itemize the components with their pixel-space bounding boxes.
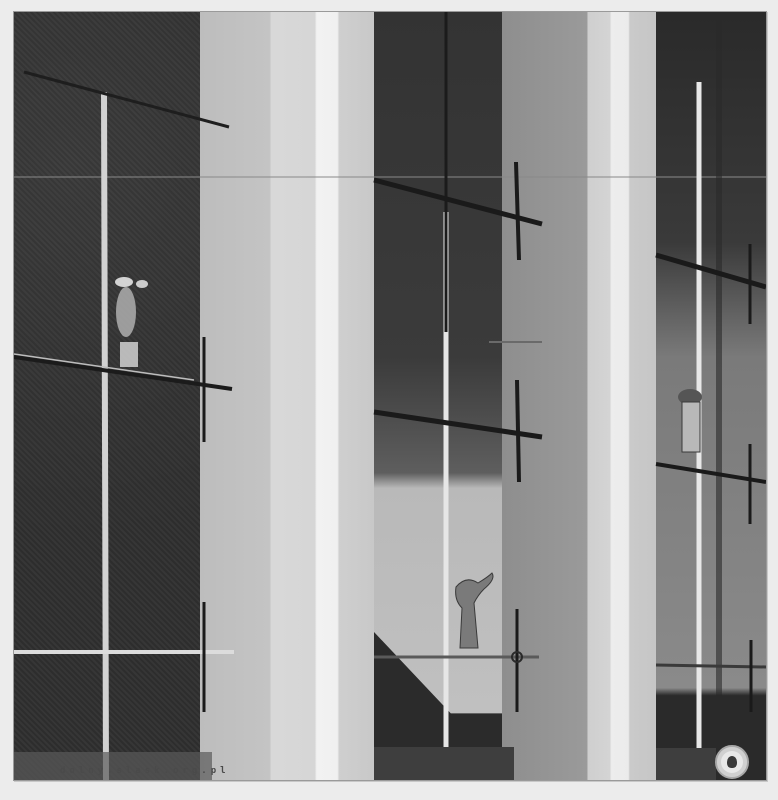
round-emblem-icon bbox=[715, 745, 749, 779]
right-figurine bbox=[678, 389, 702, 452]
center-figurine bbox=[456, 573, 493, 648]
photograph: dolny.slask.org.pl bbox=[13, 11, 767, 781]
iron-grille bbox=[14, 12, 766, 780]
watermark: dolny.slask.org.pl bbox=[60, 766, 230, 776]
left-figurine bbox=[115, 277, 148, 367]
